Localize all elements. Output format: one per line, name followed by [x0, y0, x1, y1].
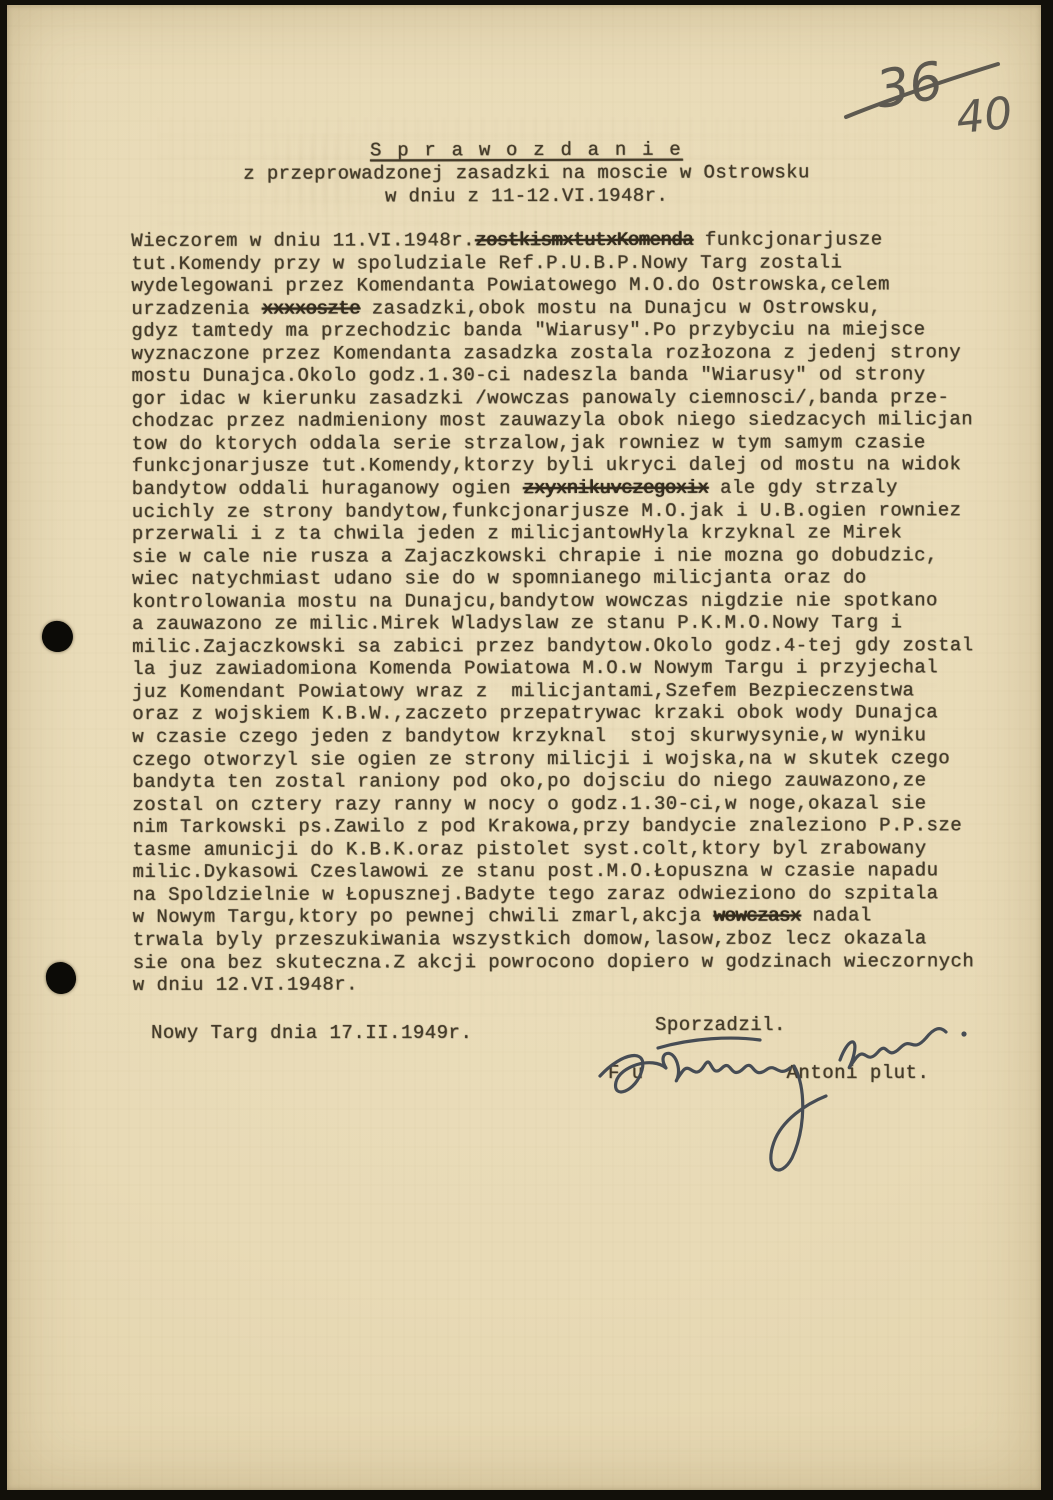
body-line: mostu Dunajca.Okolo godz.1.30-ci nadeszl… — [131, 363, 1041, 387]
body-line: urzadzenia xxxxoszte zasadzki,obok mostu… — [131, 296, 1041, 320]
struck-out-text: zxyxnikuvczegoxix — [523, 477, 708, 499]
body-line: na Spoldzielnie w Łopusznej.Badyte tego … — [133, 882, 1043, 906]
body-line: ucichly ze strony bandytow,funkcjonarjus… — [132, 499, 1042, 523]
body-line: a zauwazono ze milic.Mirek Wladyslaw ze … — [132, 611, 1042, 635]
body-line: tow do ktorych oddala serie strzalow,jak… — [132, 431, 1042, 455]
body-line: wiec natychmiast udano sie do w spomnian… — [132, 566, 1042, 590]
signature-descender — [771, 1066, 826, 1170]
body-line: milic.Zajaczkowski sa zabici przez bandy… — [132, 634, 1042, 658]
folio-numbers: 36 40 — [838, 22, 1050, 140]
body-line: milic.Dykasowi Czeslawowi ze stanu post.… — [133, 859, 1043, 883]
place-date-line: Nowy Targ dnia 17.II.1949r. — [151, 1022, 472, 1044]
body-line: czego otworzyl sie ogien ze strony milic… — [132, 747, 1042, 771]
body-line: gdyz tamtedy ma przechodzic banda "Wiaru… — [131, 318, 1041, 342]
body-line: chodzac przez nadmieniony most zauwazyla… — [132, 408, 1042, 432]
body-line: zostal on cztery razy ranny w nocy o god… — [132, 792, 1042, 816]
body-line: sie ona bez skuteczna.Z akcji powrocono … — [133, 950, 1043, 974]
body-line: wydelegowani przez Komendanta Powiatoweg… — [131, 273, 1041, 297]
struck-out-text: xxxxoszte — [262, 297, 360, 319]
body-line: tut.Komendy przy w spoludziale Ref.P.U.B… — [131, 251, 1041, 275]
body-text: Wieczorem w dniu 11.VI.1948r.zostkismxtu… — [131, 228, 1043, 996]
body-line: gor idac w kierunku zasadzki /wowczas pa… — [132, 386, 1042, 410]
body-line: la juz zawiadomiona Komenda Powiatowa M.… — [132, 656, 1042, 680]
body-line: sie w cale nie rusza a Zajaczkowski chra… — [132, 544, 1042, 568]
body-line: w Nowym Targu,ktory po pewnej chwili zma… — [133, 904, 1043, 928]
title-line-2: z przeprowadzonej zasadzki na moscie w O… — [0, 161, 1053, 187]
signature-plut-flourish — [840, 1029, 946, 1068]
body-line: tasme amunicji do K.B.K.oraz pistolet sy… — [132, 837, 1042, 861]
body-line: oraz z wojskiem K.B.W.,zaczeto przepatry… — [132, 702, 1042, 726]
struck-out-text: zostkismxtutxKomenda — [475, 229, 693, 251]
struck-out-text: wowczasx — [713, 905, 800, 927]
title-line-3: w dniu z 11-12.VI.1948r. — [0, 184, 1053, 210]
body-line: przerwali i z ta chwila jeden z milicjan… — [132, 521, 1042, 545]
body-line: wyznaczone przez Komendanta zasadzka zos… — [131, 341, 1041, 365]
folio-new-number: 40 — [954, 88, 1015, 140]
document-title-block: S p r a w o z d a n i e z przeprowadzone… — [0, 138, 1053, 210]
body-line: funkcjonarjusze tut.Komendy,ktorzy byli … — [132, 454, 1042, 478]
body-line: w czasie czego jeden z bandytow krzyknal… — [132, 724, 1042, 748]
title-line-1: S p r a w o z d a n i e — [0, 138, 1053, 164]
handwritten-signature — [582, 1008, 1022, 1188]
body-line: juz Komendant Powiatowy wraz z milicjant… — [132, 679, 1042, 703]
signature-t-cross — [658, 1038, 760, 1048]
signature-dot — [961, 1031, 966, 1036]
body-line: Wieczorem w dniu 11.VI.1948r.zostkismxtu… — [131, 228, 1041, 252]
body-line: bandytow oddali huraganowy ogien zxyxnik… — [132, 476, 1042, 500]
body-line: nim Tarkowski ps.Zawilo z pod Krakowa,pr… — [132, 814, 1042, 838]
body-line: trwala byly przeszukiwania wszystkich do… — [133, 927, 1043, 951]
signature-scrawl — [600, 1053, 790, 1092]
body-line: bandyta ten zostal raniony pod oko,po do… — [132, 769, 1042, 793]
body-line: w dniu 12.VI.1948r. — [133, 972, 1043, 996]
body-line: kontrolowania mostu na Dunajcu,bandytow … — [132, 589, 1042, 613]
